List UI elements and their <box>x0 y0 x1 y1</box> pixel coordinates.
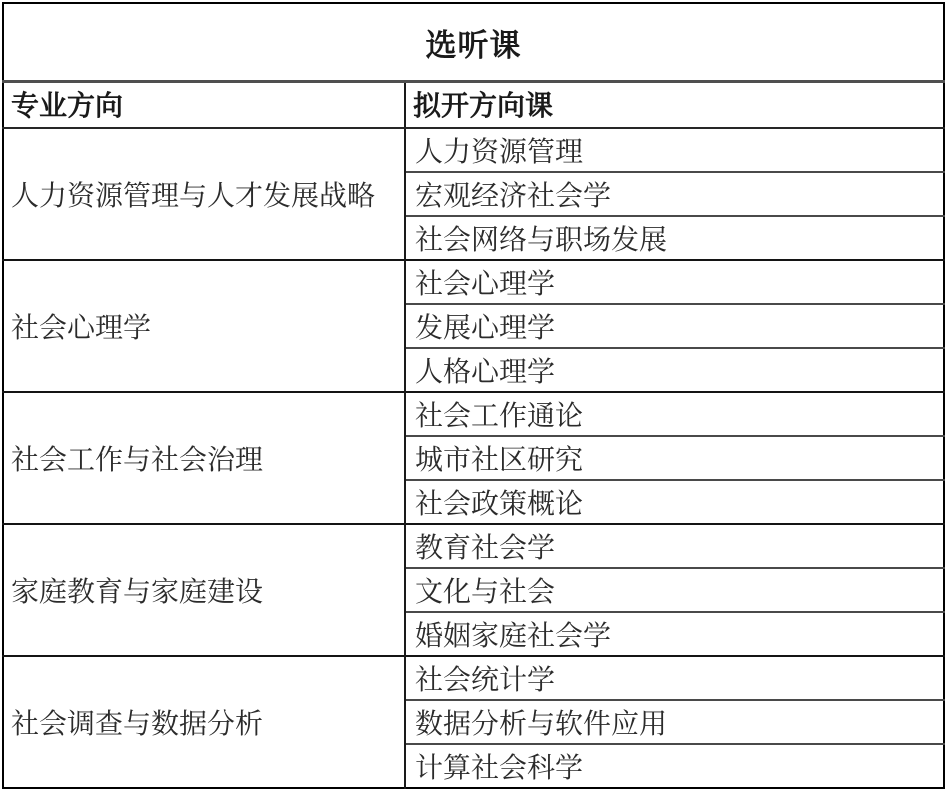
column-header-direction: 专业方向 <box>3 82 405 129</box>
course-cell: 人力资源管理 <box>405 128 944 172</box>
course-cell: 文化与社会 <box>405 568 944 612</box>
direction-cell: 社会工作与社会治理 <box>3 392 405 524</box>
table-row: 社会心理学 社会心理学 <box>3 260 944 304</box>
course-cell: 教育社会学 <box>405 524 944 568</box>
table-title-row: 选听课 <box>3 3 944 82</box>
table-row: 人力资源管理与人才发展战略 人力资源管理 <box>3 128 944 172</box>
table-title: 选听课 <box>3 3 944 82</box>
course-cell: 城市社区研究 <box>405 436 944 480</box>
document-page: 选听课 专业方向 拟开方向课 人力资源管理与人才发展战略 人力资源管理 宏观经济… <box>0 0 948 755</box>
course-cell: 计算社会科学 <box>405 744 944 788</box>
course-cell: 社会网络与职场发展 <box>405 216 944 260</box>
table-header-row: 专业方向 拟开方向课 <box>3 82 944 129</box>
course-cell: 宏观经济社会学 <box>405 172 944 216</box>
table-row: 家庭教育与家庭建设 教育社会学 <box>3 524 944 568</box>
elective-course-table: 选听课 专业方向 拟开方向课 人力资源管理与人才发展战略 人力资源管理 宏观经济… <box>2 2 945 789</box>
course-cell: 社会心理学 <box>405 260 944 304</box>
direction-cell: 人力资源管理与人才发展战略 <box>3 128 405 260</box>
table-row: 社会调查与数据分析 社会统计学 <box>3 656 944 700</box>
column-header-courses: 拟开方向课 <box>405 82 944 129</box>
direction-cell: 家庭教育与家庭建设 <box>3 524 405 656</box>
course-cell: 人格心理学 <box>405 348 944 392</box>
course-cell: 社会工作通论 <box>405 392 944 436</box>
course-cell: 发展心理学 <box>405 304 944 348</box>
course-cell: 社会政策概论 <box>405 480 944 524</box>
direction-cell: 社会心理学 <box>3 260 405 392</box>
course-cell: 婚姻家庭社会学 <box>405 612 944 656</box>
table-row: 社会工作与社会治理 社会工作通论 <box>3 392 944 436</box>
direction-cell: 社会调查与数据分析 <box>3 656 405 788</box>
course-cell: 数据分析与软件应用 <box>405 700 944 744</box>
course-cell: 社会统计学 <box>405 656 944 700</box>
